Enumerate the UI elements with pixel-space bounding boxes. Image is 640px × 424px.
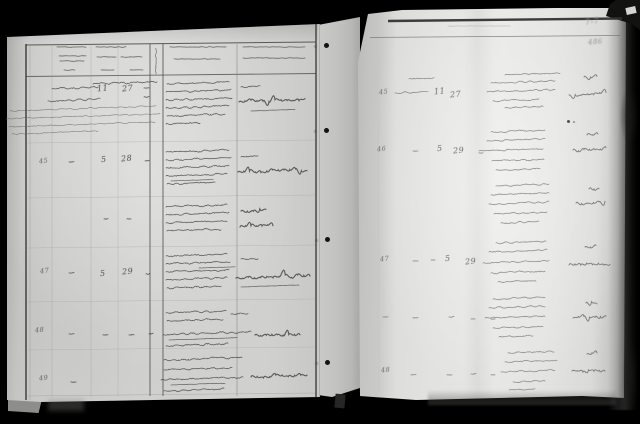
handwriting-line [499,335,533,337]
row-number: 47 [40,267,50,276]
handwriting-signature [573,315,606,322]
ditto-mark [104,219,108,220]
birth-day-value: 5 [100,269,106,278]
handwriting-line [167,114,225,117]
ruling-line [26,299,316,302]
handwriting-line [487,89,555,92]
ditto-mark [71,382,76,383]
printed-header-text [96,47,126,48]
handwriting-line [493,297,545,300]
handwriting-line [166,89,231,92]
handwriting-line [166,253,227,256]
handwriting-name [238,167,307,174]
underline-stroke [251,109,295,111]
birth-day-value: 11 [434,87,446,97]
handwriting-line [496,184,549,187]
birth-day-value: 5 [101,155,107,164]
baptism-day-value: 27 [122,84,134,94]
handwriting-line [487,138,545,141]
handwriting-name [239,96,305,106]
ditto-mark [413,151,418,152]
handwriting-line [48,98,100,102]
handwriting-line [489,306,545,309]
ditto-mark [146,273,150,274]
scan-background: 11 27 45 5 28 47 5 29 48 49 45 11 27 46 … [0,0,640,424]
handwriting-signature [589,188,599,191]
handwriting-line [167,228,221,231]
handwriting-line [166,149,229,152]
printed-vertical-text [155,48,156,74]
handwriting-line [163,331,251,335]
ditto-mark [449,316,454,317]
handwriting-line [491,130,545,133]
ruling-line [26,195,316,198]
baptism-day-value: 28 [121,154,133,164]
handwriting-line [489,249,547,252]
printed-header-text [243,47,305,48]
handwriting-line [395,91,428,93]
handwriting-line [241,86,260,88]
ditto-mark [69,272,74,273]
handwriting-line [509,389,535,391]
handwriting-line [166,204,227,207]
handwriting-line [231,313,248,315]
row-number: 48 [381,366,391,375]
handwriting-signature [587,133,598,135]
handwriting-line [513,380,545,382]
underline-stroke [199,267,235,268]
ruling-line [26,347,316,350]
handwriting-line [166,157,231,161]
handwriting-line [489,201,549,205]
handwriting-line [494,212,547,214]
ditto-mark [144,96,149,97]
ruling-line [26,74,316,77]
handwriting-line [241,258,258,259]
row-number: 48 [35,326,45,335]
marginal-note-line [10,106,156,112]
handwriting-line [161,377,243,381]
handwriting-line [166,212,229,215]
handwriting-line [164,367,232,370]
birth-day-value: 5 [445,254,451,263]
ruling-line [370,36,620,38]
handwriting-line [505,106,543,108]
row-number: 45 [39,157,49,166]
baptism-day-value: 29 [122,267,134,277]
handwriting-line [167,286,221,289]
handwriting-line [485,316,545,318]
ditto-mark [145,160,149,161]
handwriting-line [241,156,258,157]
underline-stroke [241,285,299,287]
handwriting-overlay [0,0,640,424]
birth-day-value: 5 [437,144,443,153]
handwriting-line [498,280,536,282]
handwriting-signature [586,302,597,306]
ditto-mark [149,333,153,334]
handwriting-name [236,270,310,279]
row-number: 46 [377,145,387,154]
handwriting-line [166,105,229,109]
marginal-note-line [6,113,160,119]
handwriting-line [491,271,545,274]
printed-header-text [174,59,220,60]
baptism-day-value: 27 [450,90,462,100]
handwriting-line [492,159,544,161]
handwriting-line [496,241,546,244]
row-number: 45 [379,88,389,97]
ditto-mark [411,374,416,375]
handwriting-line [166,310,226,313]
marginal-note-line [12,131,98,135]
ruling-line [26,42,316,45]
handwriting-signature [585,245,596,248]
handwriting-line [167,81,229,84]
handwriting-line [491,80,555,83]
handwriting-line [166,261,230,264]
marginal-note-line [9,122,155,127]
handwriting-name [251,373,307,377]
handwriting-line [166,269,229,272]
birth-day-value: 11 [97,84,109,94]
handwriting-line [164,388,224,392]
printed-header-text [97,57,116,58]
handwriting-line [501,221,539,224]
underline-stroke [169,337,237,340]
handwriting-signature [572,370,605,373]
handwriting-line [479,149,543,151]
ditto-mark [144,88,149,89]
handwriting-name [255,330,300,336]
ditto-mark [129,334,134,335]
ditto-mark [69,334,74,335]
handwriting-signature [569,89,606,98]
handwriting-line [166,165,229,168]
ruling-line [26,245,316,248]
handwriting-line [166,98,232,101]
baptism-day-value: 29 [465,257,477,267]
handwriting-line [166,277,227,280]
ditto-mark [471,373,476,374]
handwriting-line [167,319,223,322]
handwriting-line [505,73,560,75]
printed-header-text [243,58,305,59]
printed-header-text [64,70,75,71]
handwriting-signature [584,75,597,80]
page-number: 486 [588,37,603,46]
handwriting-line [483,260,549,263]
ruling-line [26,393,316,396]
handwriting-line [496,168,540,170]
handwriting-line [166,221,227,224]
handwriting-line [508,351,554,354]
handwriting-line [493,99,539,102]
handwriting-line [166,173,227,176]
row-number: 47 [380,255,390,264]
handwriting-signature [576,201,605,205]
handwriting-line [166,122,200,124]
printed-header-text [59,56,86,57]
underline-stroke [171,179,213,181]
handwriting-line [501,369,555,372]
handwriting-signature [569,263,610,265]
ruling-line [378,62,379,392]
handwriting-line [167,182,215,185]
handwriting-line [505,360,557,362]
handwriting-signature [573,147,606,152]
printed-header-text [170,47,226,48]
ruling-line [26,140,316,143]
handwriting-name [241,209,266,213]
handwriting-line [491,193,549,196]
printed-header-text [57,47,86,48]
row-number: 49 [39,374,49,383]
printed-header-text [60,61,84,62]
printed-header-text [121,57,142,58]
underline-stroke [171,383,225,385]
handwriting-name [240,222,273,227]
handwriting-line [166,343,228,347]
handwriting-line [493,326,543,328]
baptism-day-value: 29 [453,146,465,156]
handwriting-line [164,357,242,361]
ditto-mark [69,162,74,163]
handwriting-signature [587,351,597,354]
handwriting-line [409,78,434,80]
